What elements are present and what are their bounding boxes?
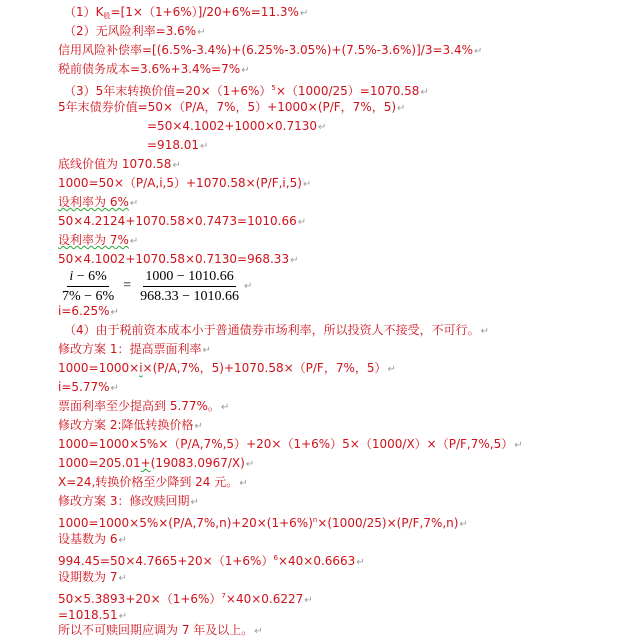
line-text: 修改方案 2:降低转换价格 [58, 418, 194, 432]
doc-line-assume-base-6: 设基数为 6↵ [58, 531, 127, 548]
doc-line-calc-6: 50×4.2124+1070.58×0.7473=1010.66↵ [58, 213, 306, 230]
paragraph-mark-icon: ↵ [388, 364, 396, 375]
paragraph-mark-icon: ↵ [130, 198, 138, 209]
paragraph-mark-icon: ↵ [318, 122, 326, 133]
doc-line-plan1-title: 修改方案 1：提高票面利率↵ [58, 341, 211, 358]
line-text: i=5.77% [58, 380, 110, 394]
paragraph-mark-icon: ↵ [481, 326, 489, 337]
paragraph-mark-icon: ↵ [195, 421, 203, 432]
line-text: （1）K [64, 5, 104, 19]
line-text: 5年末债券价值=50×（P/A，7%，5）+1000×(P/F，7%，5) [58, 100, 396, 114]
line-text: ×(1000/25)×(P/F,7%,n) [317, 516, 458, 530]
doc-line-credit-spread: 信用风险补偿率=[(6.5%-3.4%)+(6.25%-3.05%)+(7.5%… [58, 42, 482, 59]
doc-line-irr-equation: 1000=50×（P/A,i,5）+1070.58×(P/F,i,5)↵ [58, 175, 311, 192]
paragraph-mark-icon: ↵ [239, 478, 247, 489]
doc-line-plan3-equation: 1000=1000×5%×(P/A,7%,n)+20×(1+6%)n×(1000… [58, 512, 468, 529]
line-text: 1000=50×（P/A,i,5）+1070.58×(P/F,i,5) [58, 176, 302, 190]
line-text: ×40×0.6663 [278, 554, 355, 568]
doc-line-floor-value: 底线价值为 1070.58↵ [58, 156, 181, 173]
doc-line-assume-period-7: 设期数为 7↵ [58, 569, 127, 586]
line-text: 底线价值为 1070.58 [58, 157, 171, 171]
line-text: X=24,转换价格至少降到 24 元。 [58, 475, 238, 489]
line-text: 994.45=50×4.7665+20×（1+6%） [58, 554, 273, 568]
line-text: （3）5年末转换价值=20×（1+6%） [64, 84, 271, 98]
left-numerator: i − 6% [67, 268, 108, 287]
paragraph-mark-icon: ↵ [474, 46, 482, 57]
right-numerator: 1000 − 1010.66 [143, 268, 235, 287]
paragraph-mark-icon: ↵ [202, 345, 210, 356]
line-text: 设期数为 7 [58, 570, 117, 584]
doc-line-calc-n7: 50×5.3893+20×（1+6%）7×40×0.6227↵ [58, 588, 313, 605]
paragraph-mark-icon: ↵ [397, 103, 405, 114]
left-denominator: 7% − 6% [60, 287, 116, 305]
line-text: 1000=205.01 [58, 456, 141, 470]
doc-line-plan1-conclusion: 票面利率至少提高到 5.77%。↵ [58, 398, 229, 415]
line-text: 1000=1000×5%×（P/A,7%,5）+20×（1+6%）5×（1000… [58, 437, 513, 451]
subscript: 股 [104, 12, 111, 20]
line-text: 设利率为 6% [58, 195, 129, 209]
doc-line-final-conclusion: 所以不可赎回期应调为 7 年及以上。↵ [58, 622, 263, 637]
line-text: 50×4.2124+1070.58×0.7473=1010.66 [58, 214, 297, 228]
line-text: 1000=1000× [58, 361, 139, 375]
doc-line-plan1-equation: 1000=1000×i×(P/A,7%，5)+1070.58×（P/F，7%，5… [58, 360, 396, 377]
numerator-text: − 6% [73, 269, 107, 284]
line-text: 所以不可赎回期应调为 7 年及以上。 [58, 623, 253, 637]
right-fraction: 1000 − 1010.66 968.33 − 1010.66 [138, 268, 241, 305]
right-denominator: 968.33 − 1010.66 [138, 287, 241, 305]
paragraph-mark-icon: ↵ [200, 141, 208, 152]
line-text: (19083.0967/X) [151, 456, 245, 470]
line-text: ×40×0.6227 [226, 592, 303, 606]
line-text: 50×5.3893+20×（1+6%） [58, 592, 221, 606]
paragraph-mark-icon: ↵ [172, 160, 180, 171]
line-text: =1018.51 [58, 608, 118, 622]
paragraph-mark-icon: ↵ [290, 255, 298, 266]
paragraph-mark-icon: ↵ [111, 307, 119, 318]
doc-line-pretax-debt-cost: 税前债务成本=3.6%+3.4%=7%↵ [58, 61, 250, 78]
line-text: 1000=1000×5%×(P/A,7%,n)+20×(1+6%) [58, 516, 313, 530]
doc-line-plan3-title: 修改方案 3：修改赎回期↵ [58, 493, 199, 510]
interpolation-equation: i − 6% 7% − 6% = 1000 − 1010.66 968.33 −… [58, 266, 252, 306]
line-text: i=6.25% [58, 304, 110, 318]
doc-line-plan1-result: i=5.77%↵ [58, 379, 119, 396]
doc-line-ks-formula: （1）K股=[1×（1+6%）]/20+6%=11.3%↵ [64, 4, 308, 21]
doc-line-bond-value: 5年末债券价值=50×（P/A，7%，5）+1000×(P/F，7%，5)↵ [58, 99, 405, 116]
doc-line-assume-7: 设利率为 7%↵ [58, 232, 138, 249]
line-text: 信用风险补偿率=[(6.5%-3.4%)+(6.25%-3.05%)+(7.5%… [58, 43, 473, 57]
paragraph-mark-icon: ↵ [244, 281, 252, 292]
doc-line-risk-free-rate: （2）无风险利率=3.6%↵ [64, 23, 206, 40]
doc-line-plan2-conclusion: X=24,转换价格至少降到 24 元。↵ [58, 474, 248, 491]
paragraph-mark-icon: ↵ [304, 595, 312, 606]
line-text: 票面利率至少提高到 5.77%。 [58, 399, 220, 413]
paragraph-mark-icon: ↵ [118, 573, 126, 584]
line-text: 修改方案 3：修改赎回期 [58, 494, 189, 508]
line-text: 设基数为 6 [58, 532, 117, 546]
paragraph-mark-icon: ↵ [221, 402, 229, 413]
paragraph-mark-icon: ↵ [197, 27, 205, 38]
paragraph-mark-icon: ↵ [254, 626, 262, 637]
line-text: 设利率为 7% [58, 233, 129, 247]
paragraph-mark-icon: ↵ [118, 535, 126, 546]
paragraph-mark-icon: ↵ [459, 519, 467, 530]
doc-line-bond-value-result: =918.01↵ [147, 137, 208, 154]
paragraph-mark-icon: ↵ [298, 217, 306, 228]
paragraph-mark-icon: ↵ [130, 236, 138, 247]
doc-line-bond-value-calc: =50×4.1002+1000×0.7130↵ [147, 118, 326, 135]
paragraph-mark-icon: ↵ [190, 497, 198, 508]
doc-line-assume-6: 设利率为 6%↵ [58, 194, 138, 211]
line-text: （4）由于税前资本成本小于普通债券市场利率，所以投资人不接受，不可行。 [64, 323, 480, 337]
doc-line-i-result: i=6.25%↵ [58, 303, 119, 320]
doc-line-calc-n6: 994.45=50×4.7665+20×（1+6%）6×40×0.6663↵ [58, 550, 365, 567]
paragraph-mark-icon: ↵ [514, 440, 522, 451]
paragraph-mark-icon: ↵ [356, 557, 364, 568]
line-text: ×(P/A,7%，5)+1070.58×（P/F，7%，5） [143, 361, 387, 375]
line-text: =[1×（1+6%）]/20+6%=11.3% [111, 5, 299, 19]
paragraph-mark-icon: ↵ [420, 87, 428, 98]
paragraph-mark-icon: ↵ [241, 65, 249, 76]
doc-line-conversion-value: （3）5年末转换价值=20×（1+6%）5×（1000/25）=1070.58↵ [64, 80, 429, 97]
line-text: 50×4.1002+1070.58×0.7130=968.33 [58, 252, 289, 266]
paragraph-mark-icon: ↵ [300, 8, 308, 19]
line-text: =918.01 [147, 138, 199, 152]
doc-line-plan2-title: 修改方案 2:降低转换价格↵ [58, 417, 203, 434]
paragraph-mark-icon: ↵ [119, 611, 127, 622]
line-text: 税前债务成本=3.6%+3.4%=7% [58, 62, 240, 76]
doc-line-plan2-simplified: 1000=205.01+(19083.0967/X)↵ [58, 455, 254, 472]
paragraph-mark-icon: ↵ [111, 383, 119, 394]
paragraph-mark-icon: ↵ [303, 179, 311, 190]
left-fraction: i − 6% 7% − 6% [60, 268, 116, 305]
doc-line-plan2-equation: 1000=1000×5%×（P/A,7%,5）+20×（1+6%）5×（1000… [58, 436, 523, 453]
line-text: （2）无风险利率=3.6% [64, 24, 196, 38]
paragraph-mark-icon: ↵ [246, 459, 254, 470]
line-text: 修改方案 1：提高票面利率 [58, 342, 201, 356]
plus-sign: + [141, 456, 151, 470]
line-text: ×（1000/25）=1070.58 [276, 84, 420, 98]
equals-sign: = [123, 278, 131, 294]
doc-line-conclusion-4: （4）由于税前资本成本小于普通债券市场利率，所以投资人不接受，不可行。↵ [64, 322, 489, 339]
line-text: =50×4.1002+1000×0.7130 [147, 119, 317, 133]
